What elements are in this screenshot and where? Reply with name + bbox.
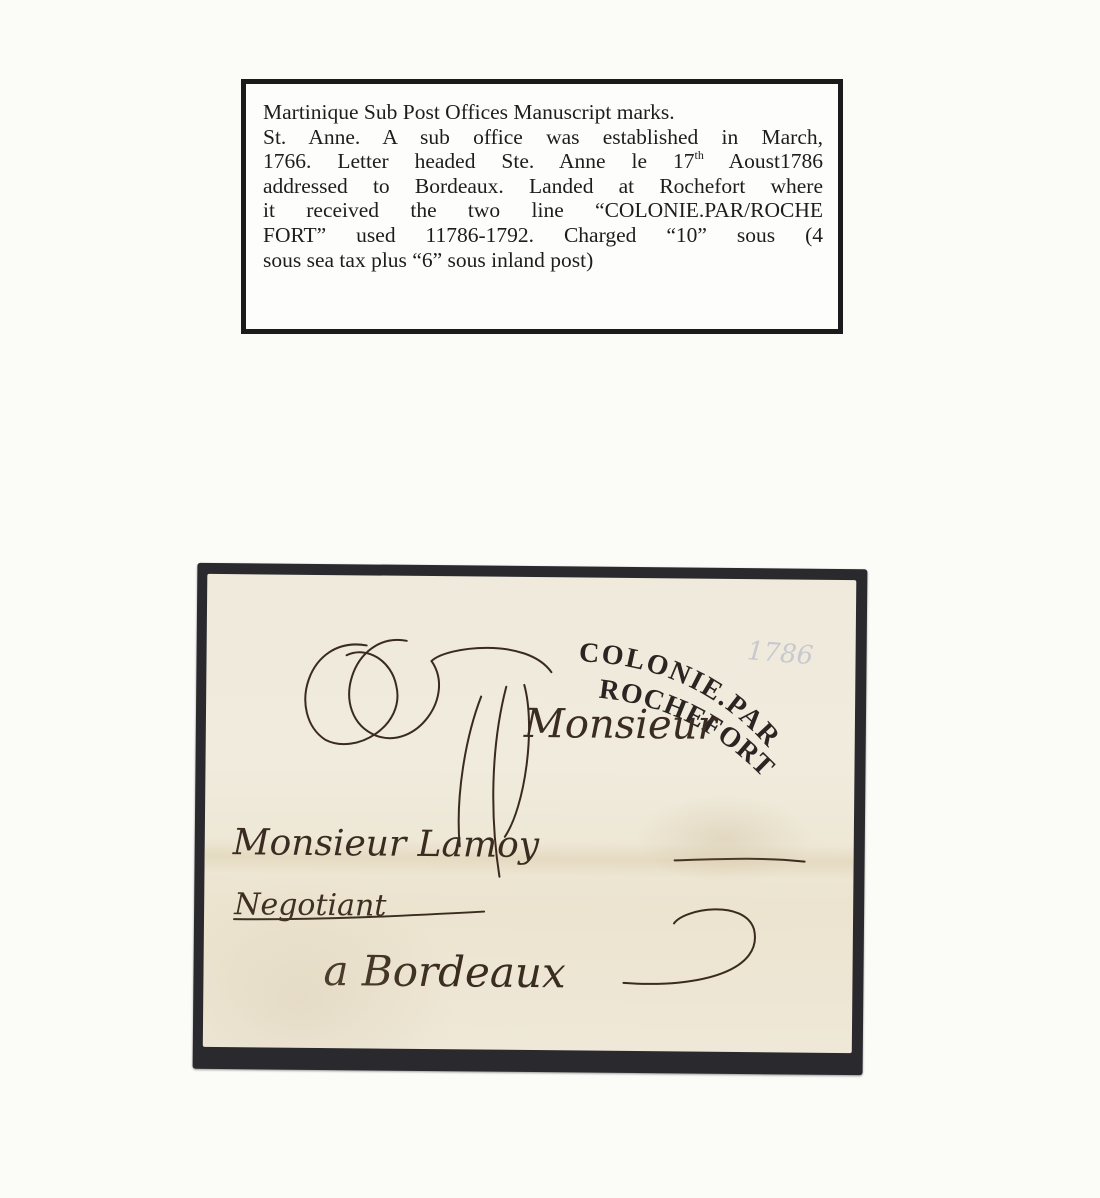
flourish-loop <box>305 644 398 745</box>
cover-markings: 1786 COLONIE.PAR ROCHEFORT Monsieur <box>203 574 857 1053</box>
flourish-loop <box>349 639 440 738</box>
pencil-note: 1786 <box>746 636 814 671</box>
occupation-script: Negotiant <box>233 887 387 923</box>
caption-line: addressed to Bordeaux. Landed at Rochefo… <box>263 174 823 199</box>
caption-line-part: Aoust1786 <box>704 149 823 173</box>
rate-mark-stroke <box>458 696 481 846</box>
caption-line-part: 1766. Letter headed Ste. Anne le 17 <box>263 149 695 173</box>
caption-line: 1766. Letter headed Ste. Anne le 17th Ao… <box>263 149 823 174</box>
caption-line: sous sea tax plus “6” sous inland post) <box>263 248 823 273</box>
underline-flourish <box>234 909 484 921</box>
description-text: Martinique Sub Post Offices Manuscript m… <box>263 100 823 272</box>
closing-flourish <box>623 908 755 984</box>
underline-flourish <box>675 858 805 862</box>
flourish-stroke <box>431 647 551 672</box>
ordinal-superscript: th <box>695 148 704 162</box>
addressee-script: Monsieur Lamoy <box>232 822 540 866</box>
postmark-line-1: COLONIE.PAR <box>577 637 788 754</box>
salutation-script: Monsieur <box>523 701 720 749</box>
description-caption-box: Martinique Sub Post Offices Manuscript m… <box>241 79 843 334</box>
cover-mount: 1786 COLONIE.PAR ROCHEFORT Monsieur <box>193 563 868 1075</box>
rate-mark-stroke <box>492 687 506 877</box>
caption-line: FORT” used 11786-1792. Charged “10” sous… <box>263 223 823 248</box>
caption-line: St. Anne. A sub office was established i… <box>263 125 823 150</box>
letter-cover: 1786 COLONIE.PAR ROCHEFORT Monsieur <box>203 574 857 1053</box>
postmark-line-2: ROCHEFORT <box>597 674 782 784</box>
rate-mark-stroke <box>505 685 530 837</box>
destination-script: a Bordeaux <box>323 946 566 997</box>
caption-line: it received the two line “COLONIE.PAR/RO… <box>263 198 823 223</box>
caption-title-line: Martinique Sub Post Offices Manuscript m… <box>263 100 823 125</box>
